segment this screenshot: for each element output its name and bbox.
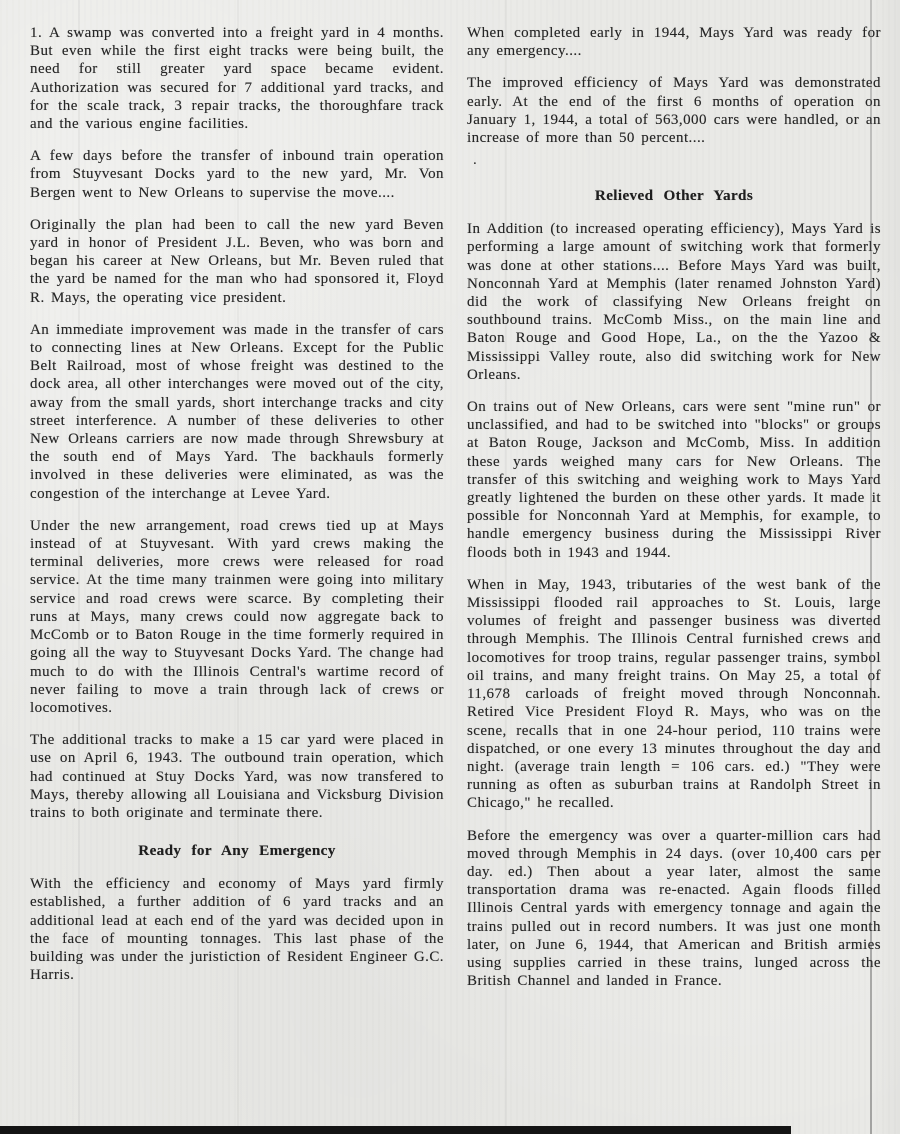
scan-artifact-bar (0, 1126, 791, 1134)
left-column: 1. A swamp was converted into a freight … (30, 24, 444, 1134)
heading-relieved-other-yards: Relieved Other Yards (467, 187, 881, 205)
paragraph-yard-expansion: With the efficiency and economy of Mays … (30, 875, 444, 984)
right-column: When completed early in 1944, Mays Yard … (467, 24, 881, 1134)
paragraph-yard-ready-1944: When completed early in 1944, Mays Yard … (467, 24, 881, 60)
paragraph-von-bergen-move: A few days before the transfer of inboun… (30, 147, 444, 202)
scan-edge-line (870, 0, 872, 1134)
stray-ink-mark: . (473, 153, 881, 167)
paragraph-additional-tracks: The additional tracks to make a 15 car y… (30, 731, 444, 822)
paragraph-yard-naming: Originally the plan had been to call the… (30, 216, 444, 307)
scan-edge-shading (872, 0, 900, 1134)
paragraph-interchange-improvement: An immediate improvement was made in the… (30, 321, 444, 503)
heading-ready-for-any-emergency: Ready for Any Emergency (30, 842, 444, 860)
paragraph-swamp-conversion: 1. A swamp was converted into a freight … (30, 24, 444, 133)
paragraph-1943-flood: When in May, 1943, tributaries of the we… (467, 576, 881, 813)
paragraph-mine-run-trains: On trains out of New Orleans, cars were … (467, 398, 881, 562)
paragraph-emergency-aftermath: Before the emergency was over a quarter-… (467, 827, 881, 991)
article-body: 1. A swamp was converted into a freight … (0, 0, 900, 1134)
paragraph-improved-efficiency: The improved efficiency of Mays Yard was… (467, 74, 881, 147)
document-page: { "page": { "background_color": "#e9e9e6… (0, 0, 900, 1134)
paragraph-road-crews: Under the new arrangement, road crews ti… (30, 517, 444, 717)
paragraph-switching-work: In Addition (to increased operating effi… (467, 220, 881, 384)
